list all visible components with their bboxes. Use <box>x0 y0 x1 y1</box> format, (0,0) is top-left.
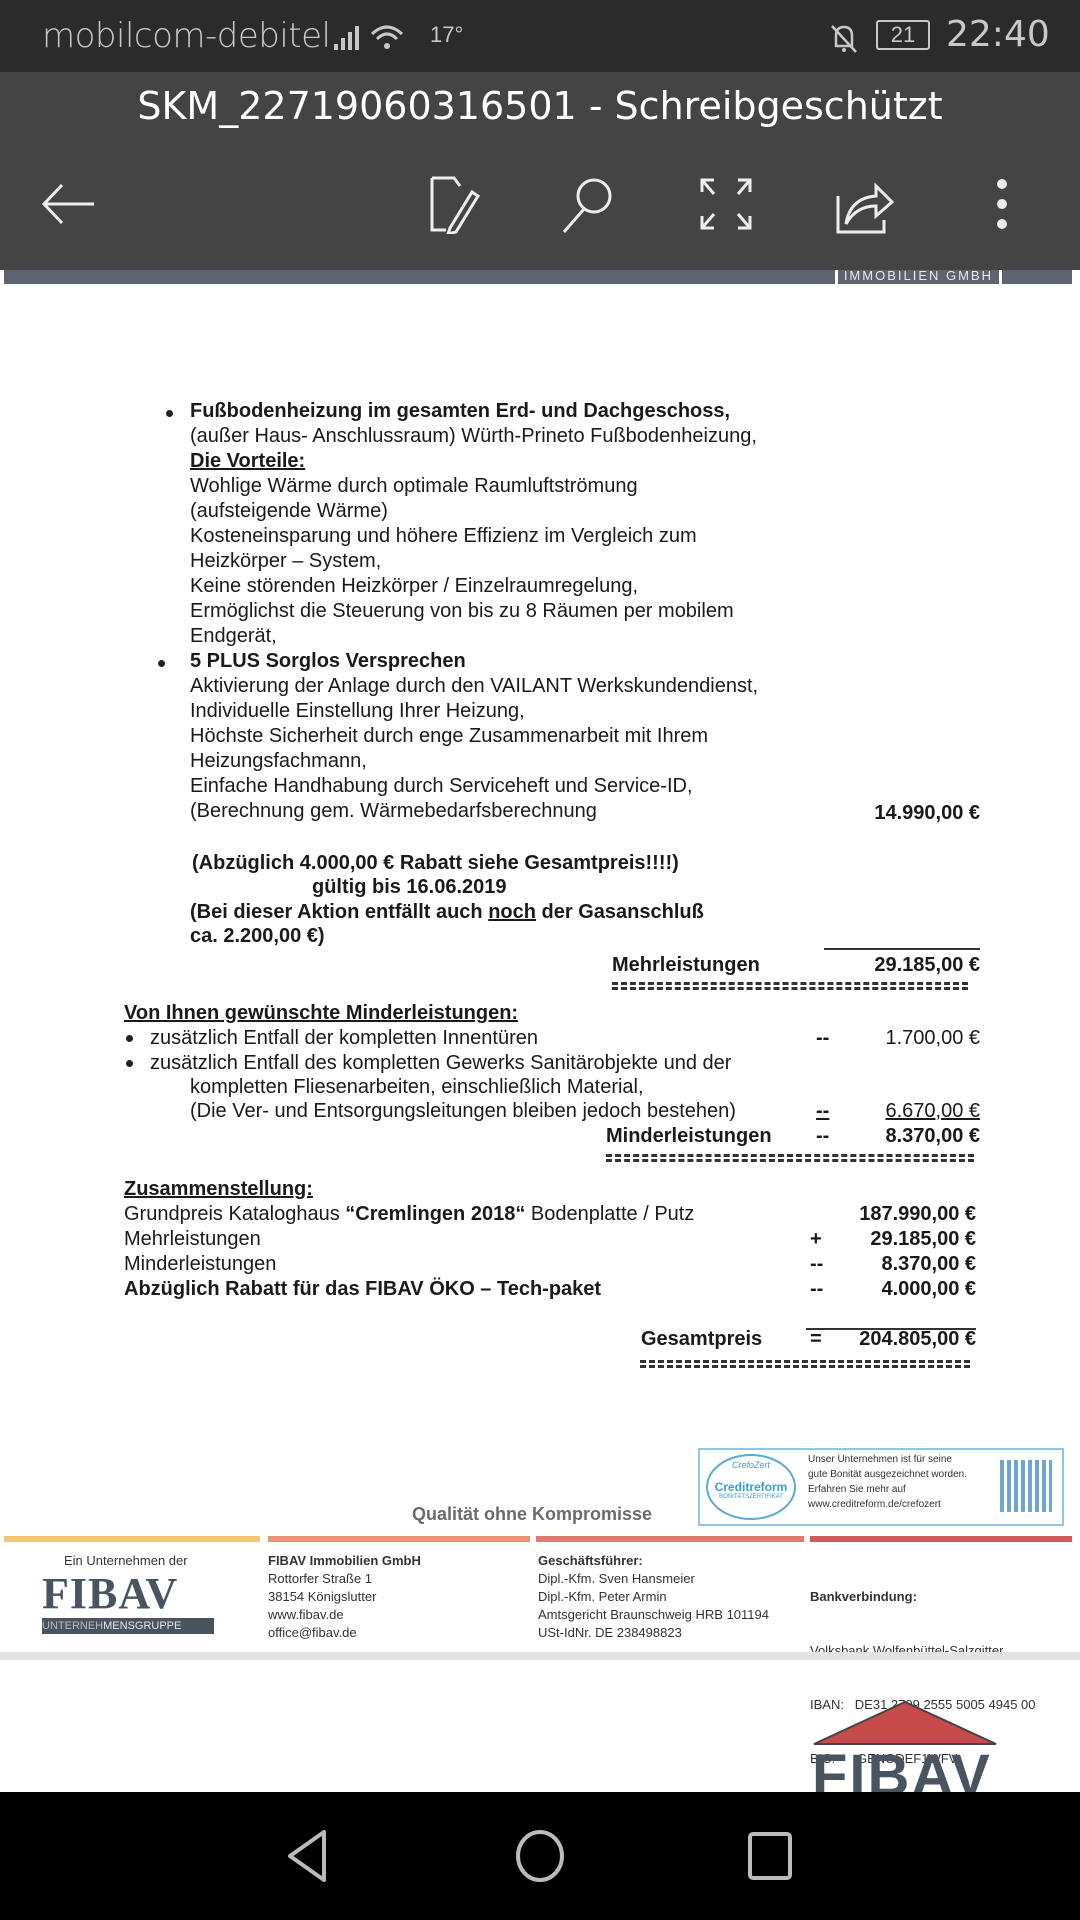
carrier-name: mobilcom-debitel <box>42 16 331 56</box>
item1-line: (aufsteigende Wärme) <box>190 500 388 523</box>
summary-heading: Zusammenstellung: <box>124 1178 313 1201</box>
app-bar: SKM_22719060316501 - Schreibgeschützt <box>0 72 1080 270</box>
bullet <box>126 1035 133 1042</box>
promo-validity: gültig bis 16.06.2019 <box>312 876 507 899</box>
management-line: USt-IdNr. DE 238498823 <box>538 1624 769 1642</box>
minder-value: 6.670,00 € <box>780 1100 980 1123</box>
double-underline <box>612 982 968 990</box>
letterhead-tag: IMMOBILIEN GMBH <box>835 270 1002 284</box>
temperature: 17° <box>430 22 463 48</box>
summary-house-name: “Cremlingen 2018“ <box>345 1203 525 1225</box>
letterhead-band: IMMOBILIEN GMBH <box>4 270 1072 284</box>
item2-line: Heizungsfachmann, <box>190 750 367 773</box>
company-name: FIBAV Immobilien GmbH <box>268 1552 421 1570</box>
bank-title: Bankverbindung: <box>810 1588 1036 1606</box>
badge-sub: BONITÄTSZERTIFIKAT <box>708 1494 794 1500</box>
footer-stripe <box>536 1536 804 1542</box>
document-title: SKM_22719060316501 - Schreibgeschützt <box>0 84 1080 128</box>
minder-total-value: 8.370,00 € <box>780 1125 980 1148</box>
management-title: Geschäftsführer: <box>538 1552 769 1570</box>
management-line: Amtsgericht Braunschweig HRB 101194 <box>538 1606 769 1624</box>
item2-line: Individuelle Einstellung Ihrer Heizung, <box>190 700 525 723</box>
item1-subheading: Die Vorteile: <box>190 450 305 473</box>
slogan: Qualität ohne Kompromisse <box>412 1504 652 1525</box>
summary-label: Mehrleistungen <box>124 1228 261 1251</box>
home-nav-icon[interactable] <box>514 1828 566 1884</box>
item2-price: 14.990,00 € <box>780 802 980 825</box>
page-separator <box>0 1652 1080 1660</box>
minder-total-label: Minderleistungen <box>606 1125 772 1148</box>
creditreform-box: CrefoZert Creditreform BONITÄTSZERTIFIKA… <box>698 1448 1064 1526</box>
bullet <box>166 410 173 417</box>
more-icon <box>992 176 1012 232</box>
crefo-line: Unser Unternehmen ist für seine <box>808 1452 967 1467</box>
promo-note-part: (Bei dieser Aktion entfällt auch <box>190 901 488 923</box>
minder-heading: Von Ihnen gewünschte Minderleistungen: <box>124 1002 518 1025</box>
item1-line: Heizkörper – System, <box>190 550 381 573</box>
summary-label: Bodenplatte / Putz <box>525 1203 694 1225</box>
clock: 22:40 <box>946 14 1050 55</box>
summary-label: Grundpreis Kataloghaus <box>124 1203 345 1225</box>
back-button[interactable] <box>36 172 100 236</box>
more-button[interactable] <box>970 172 1034 236</box>
navigation-bar <box>0 1792 1080 1920</box>
bullet <box>126 1060 133 1067</box>
fullscreen-icon <box>698 176 754 232</box>
back-nav-icon[interactable] <box>284 1828 334 1884</box>
share-icon <box>834 174 894 234</box>
badge-name: Creditreform <box>708 1480 794 1494</box>
badge-top: CrefoZert <box>708 1460 794 1470</box>
summary-value: 29.185,00 € <box>776 1228 976 1251</box>
item2-line: Höchste Sicherheit durch enge Zusammenar… <box>190 725 708 748</box>
qr-code-icon <box>1000 1460 1052 1512</box>
battery-level: 21 <box>891 22 915 47</box>
management-line: Dipl.-Kfm. Sven Hansmeier <box>538 1570 769 1588</box>
search-button[interactable] <box>556 172 620 236</box>
mehrleistungen-label: Mehrleistungen <box>612 954 760 977</box>
promo-note-part: der Gasanschluß <box>536 901 704 923</box>
minder-item-cont: kompletten Fliesenarbeiten, einschließli… <box>190 1076 644 1099</box>
double-underline <box>606 1154 974 1162</box>
crefo-line: www.creditreform.de/crefozert <box>808 1497 967 1512</box>
summary-row: Grundpreis Kataloghaus “Cremlingen 2018“… <box>124 1203 694 1226</box>
fullscreen-button[interactable] <box>694 172 758 236</box>
company-email: office@fibav.de <box>268 1624 421 1642</box>
footer-stripe <box>4 1536 260 1542</box>
battery-icon: 21 <box>876 20 930 50</box>
fibav-logo: FIBAV <box>42 1568 178 1619</box>
summary-label: Abzüglich Rabatt für das FIBAV ÖKO – Tec… <box>124 1278 601 1301</box>
share-button[interactable] <box>832 172 896 236</box>
next-page-logo: FIBAV <box>812 1742 992 1792</box>
bell-off-icon <box>826 20 862 56</box>
group-tag-part: MENSGRUPPE <box>103 1620 181 1632</box>
company-block: FIBAV Immobilien GmbH Rottorfer Straße 1… <box>268 1552 421 1642</box>
minder-value: 1.700,00 € <box>780 1027 980 1050</box>
fibav-group-tag: UNTERNEHMENSGRUPPE <box>42 1618 214 1634</box>
item1-line: Kosteneinsparung und höhere Effizienz im… <box>190 525 697 548</box>
item1-line: Endgerät, <box>190 625 277 648</box>
minder-item-cont: (Die Ver- und Entsorgungsleitungen bleib… <box>190 1100 736 1123</box>
summary-value: 8.370,00 € <box>776 1253 976 1276</box>
signal-icon <box>332 22 422 52</box>
fibav-roof-icon <box>812 1700 998 1746</box>
search-icon <box>558 174 618 234</box>
item2-line: (Berechnung gem. Wärmebedarfsberechnung <box>190 800 597 823</box>
management-line: Dipl.-Kfm. Peter Armin <box>538 1588 769 1606</box>
group-tag-part: UNTERNEH <box>42 1620 103 1632</box>
item1-line: Wohlige Wärme durch optimale Raumluftstr… <box>190 475 638 498</box>
promo-text: (Abzüglich 4.000,00 € Rabatt siehe Gesam… <box>192 852 679 875</box>
edit-button[interactable] <box>422 172 486 236</box>
footer-stripe <box>810 1536 1072 1542</box>
item2-title: 5 PLUS Sorglos Versprechen <box>190 650 466 673</box>
company-line: Rottorfer Straße 1 <box>268 1570 421 1588</box>
management-block: Geschäftsführer: Dipl.-Kfm. Sven Hansmei… <box>538 1552 769 1642</box>
sum-line <box>824 948 980 950</box>
mehrleistungen-value: 29.185,00 € <box>780 954 980 977</box>
summary-value: 187.990,00 € <box>776 1203 976 1226</box>
minder-item: zusätzlich Entfall des kompletten Gewerk… <box>150 1052 731 1075</box>
item1-line: (außer Haus- Anschlussraum) Würth-Prinet… <box>190 425 757 448</box>
double-underline <box>640 1360 970 1368</box>
summary-value: 4.000,00 € <box>776 1278 976 1301</box>
bullet <box>158 660 165 667</box>
item2-line: Einfache Handhabung durch Serviceheft un… <box>190 775 693 798</box>
footer-stripe <box>268 1536 530 1542</box>
item2-line: Aktivierung der Anlage durch den VAILANT… <box>190 675 758 698</box>
crefozert-badge: CrefoZert Creditreform BONITÄTSZERTIFIKA… <box>706 1454 796 1520</box>
minder-item: zusätzlich Entfall der kompletten Innent… <box>150 1027 538 1050</box>
promo-note: (Bei dieser Aktion entfällt auch noch de… <box>190 901 704 924</box>
back-icon <box>38 179 98 229</box>
promo-note: ca. 2.200,00 €) <box>190 925 325 948</box>
crefo-line: gute Bonität ausgezeichnet worden. <box>808 1467 967 1482</box>
crefo-line: Erfahren Sie mehr auf <box>808 1482 967 1497</box>
status-bar: mobilcom-debitel 17° 21 22:40 <box>0 0 1080 72</box>
item1-line: Ermöglichst die Steuerung von bis zu 8 R… <box>190 600 734 623</box>
crefo-text: Unser Unternehmen ist für seine gute Bon… <box>808 1452 967 1512</box>
total-label: Gesamtpreis <box>641 1328 762 1351</box>
item1-line: Keine störenden Heizkörper / Einzelraumr… <box>190 575 638 598</box>
summary-label: Minderleistungen <box>124 1253 276 1276</box>
document-page[interactable]: IMMOBILIEN GMBH Fußbodenheizung im gesam… <box>0 270 1080 1792</box>
recents-nav-icon[interactable] <box>746 1828 794 1884</box>
company-line: 38154 Königslutter <box>268 1588 421 1606</box>
company-website: www.fibav.de <box>268 1606 421 1624</box>
promo-note-emph: noch <box>488 901 536 923</box>
item1-title: Fußbodenheizung im gesamten Erd- und Dac… <box>190 400 730 423</box>
edit-document-icon <box>424 174 484 234</box>
total-value: 204.805,00 € <box>776 1328 976 1351</box>
